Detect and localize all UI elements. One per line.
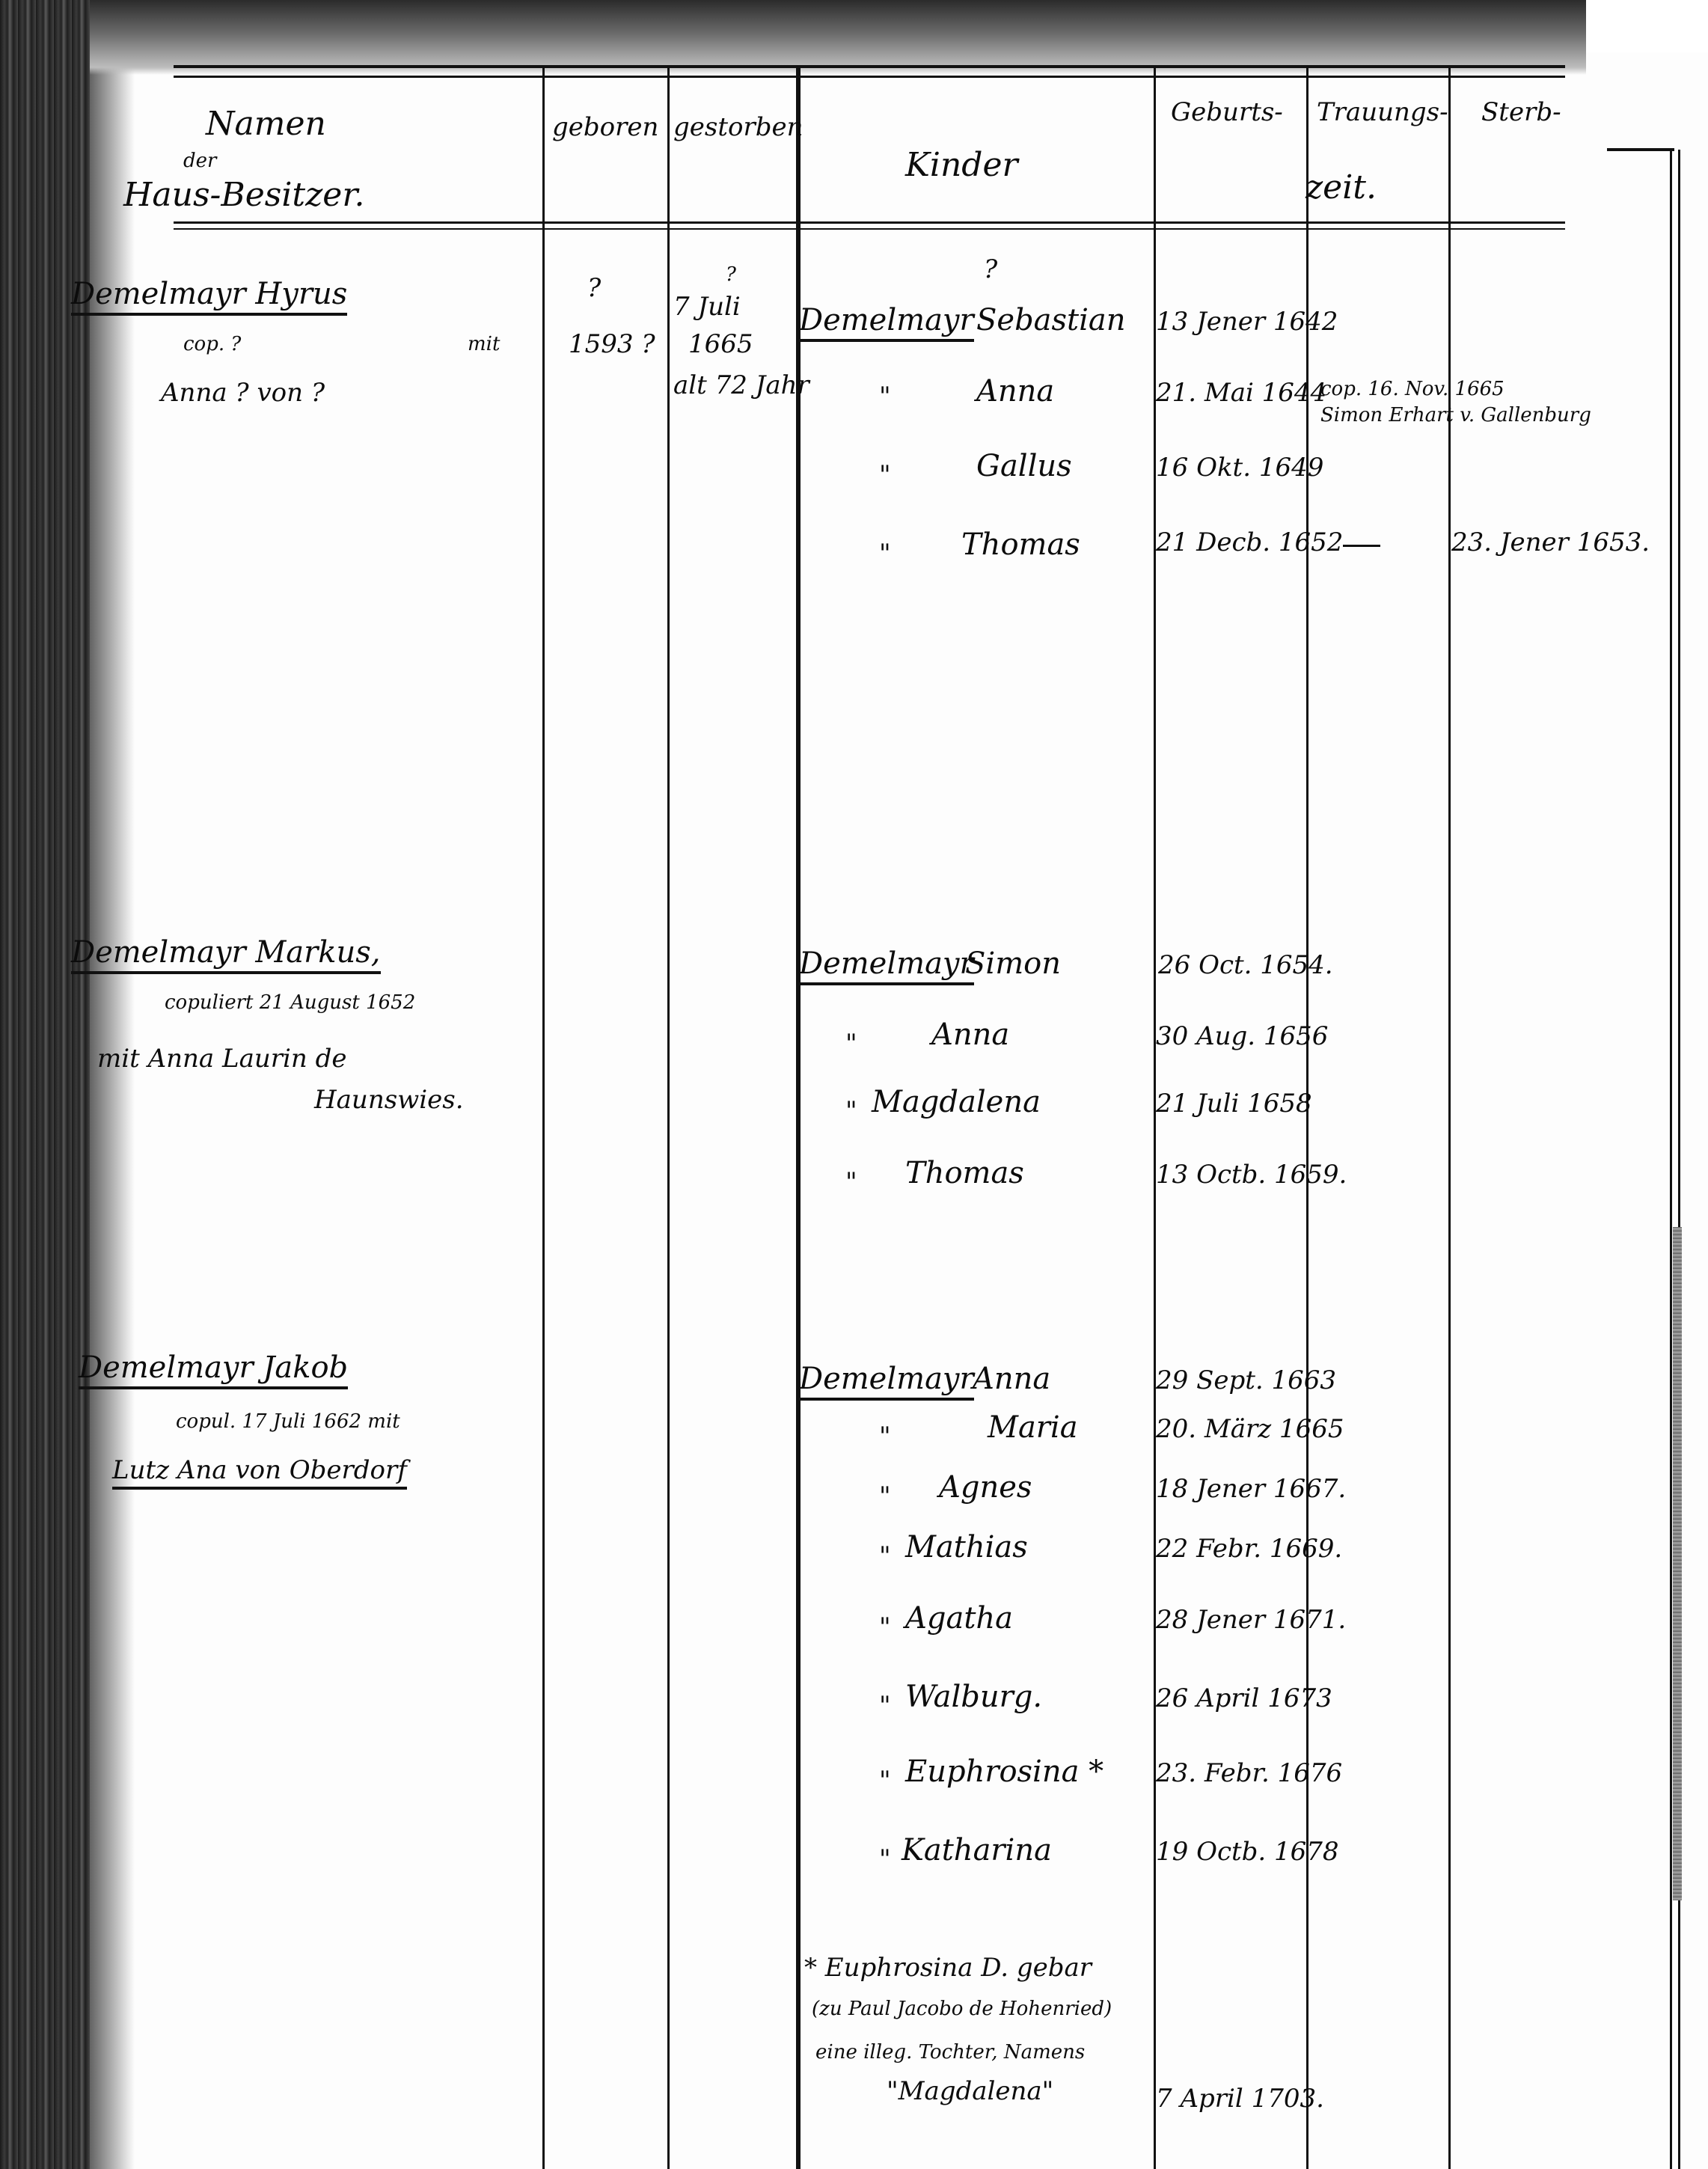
child-3-4-birth: 22 Febr. 1669. — [1156, 1534, 1342, 1564]
header-owners-line2: der — [183, 150, 216, 172]
footnote-line1: * Euphrosina D. gebar — [804, 1953, 1092, 1983]
child-3-1-prefix: Demelmayr — [799, 1362, 974, 1401]
child-3-5-name: Agatha — [905, 1601, 1013, 1636]
child-1-3-birth: 16 Okt. 1649 — [1156, 453, 1323, 483]
child-1-1-birth: 13 Jener 1642 — [1156, 307, 1338, 337]
child-2-2-birth: 30 Aug. 1656 — [1156, 1021, 1328, 1051]
child-2-2-ditto: " — [845, 1029, 857, 1059]
child-1-4-name: Thomas — [961, 527, 1080, 562]
register-page: Namen der Haus-Besitzer. geboren gestorb… — [0, 0, 1708, 2169]
child-3-3-birth: 18 Jener 1667. — [1156, 1474, 1346, 1504]
children-1-query: ? — [984, 254, 997, 284]
owner-3-wife: Lutz Ana von Oberdorf — [112, 1455, 407, 1490]
column-divider-born-died — [667, 66, 670, 2169]
child-1-4-marriage-dash — [1343, 545, 1380, 547]
top-double-rule — [174, 65, 1565, 78]
child-2-1-birth: 26 Oct. 1654. — [1158, 950, 1333, 980]
owner-1-died-query: ? — [726, 263, 736, 286]
child-1-1-prefix: Demelmayr — [799, 303, 974, 342]
child-3-2-ditto: " — [879, 1422, 891, 1451]
child-1-4-ditto: " — [879, 539, 891, 569]
owner-3-name: Demelmayr Jakob — [79, 1350, 348, 1389]
child-1-2-marriage: cop. 16. Nov. 1665 — [1320, 378, 1505, 400]
child-2-4-name: Thomas — [905, 1156, 1024, 1190]
child-3-2-birth: 20. März 1665 — [1156, 1414, 1344, 1444]
column-divider-owner-born — [542, 66, 545, 2169]
footnote-line2: (zu Paul Jacobo de Hohenried) — [812, 1998, 1112, 2020]
child-1-2-birth: 21. Mai 1644 — [1156, 378, 1326, 408]
owner-1-born: 1593 ? — [569, 329, 655, 359]
right-frame-top — [1607, 148, 1674, 151]
child-2-2-name: Anna — [931, 1018, 1009, 1052]
child-2-1-name: Simon — [965, 946, 1061, 981]
child-2-3-ditto: " — [845, 1096, 857, 1126]
child-2-1-prefix: Demelmayr — [799, 946, 974, 985]
header-birth: Geburts- — [1171, 97, 1283, 127]
child-3-3-ditto: " — [879, 1481, 891, 1511]
child-3-5-ditto: " — [879, 1612, 891, 1642]
owner-1-name: Demelmayr Hyrus — [71, 277, 347, 316]
child-3-1-birth: 29 Sept. 1663 — [1156, 1365, 1336, 1395]
book-binding — [0, 0, 90, 2169]
footnote-line3: eine illeg. Tochter, Namens — [815, 2041, 1085, 2064]
child-3-5-birth: 28 Jener 1671. — [1156, 1605, 1346, 1635]
child-3-6-ditto: " — [879, 1691, 891, 1721]
footnote-line4: "Magdalena" — [887, 2076, 1053, 2106]
owner-1-with: mit — [468, 333, 500, 355]
child-3-1-name: Anna — [973, 1362, 1050, 1396]
child-3-8-ditto: " — [879, 1844, 891, 1874]
header-born: geboren — [552, 112, 658, 142]
child-3-4-ditto: " — [879, 1541, 891, 1571]
child-1-3-name: Gallus — [976, 449, 1072, 483]
child-2-3-birth: 21 Juli 1658 — [1156, 1089, 1312, 1119]
owner-2-name: Demelmayr Markus, — [71, 935, 381, 974]
owner-2-wife-place: Haunswies. — [314, 1085, 464, 1115]
owner-2-marriage: copuliert 21 August 1652 — [165, 991, 415, 1014]
top-right-blank — [1586, 0, 1708, 52]
header-death: Sterb- — [1481, 97, 1561, 127]
child-1-4-birth: 21 Decb. 1652 — [1156, 527, 1343, 557]
owner-1-died-date: 7 Juli — [673, 292, 741, 322]
child-3-6-birth: 26 April 1673 — [1156, 1683, 1332, 1713]
owner-1-born-query: ? — [587, 273, 601, 303]
child-1-4-death: 23. Jener 1653. — [1451, 527, 1650, 557]
header-marriage: Trauungs- — [1317, 97, 1448, 127]
child-1-3-ditto: " — [879, 460, 891, 490]
child-2-4-birth: 13 Octb. 1659. — [1156, 1160, 1347, 1190]
right-edge-shadow — [1673, 1227, 1682, 1900]
child-2-3-name: Magdalena — [872, 1085, 1041, 1119]
top-shadow-band — [90, 0, 1586, 75]
header-died: gestorben — [673, 112, 804, 142]
header-children: Kinder — [905, 146, 1018, 184]
child-3-6-name: Walburg. — [905, 1680, 1042, 1714]
owner-1-marriage: cop. ? — [183, 333, 241, 355]
child-3-7-name: Euphrosina * — [905, 1755, 1104, 1789]
child-3-7-ditto: " — [879, 1766, 891, 1796]
child-3-7-birth: 23. Febr. 1676 — [1156, 1758, 1342, 1788]
owner-1-wife: Anna ? von ? — [161, 378, 325, 408]
owner-1-died-age: alt 72 Jahr — [673, 370, 809, 400]
owner-2-wife: mit Anna Laurin de — [97, 1044, 346, 1074]
binding-shadow — [90, 0, 135, 2169]
header-owners-line3: Haus-Besitzer. — [123, 176, 365, 214]
child-3-4-name: Mathias — [905, 1530, 1028, 1564]
child-1-2-marriage-note: Simon Erhart v. Gallenburg — [1320, 404, 1591, 426]
child-1-1-name: Sebastian — [976, 303, 1126, 337]
header-owners-line1: Namen — [206, 105, 326, 143]
child-3-8-birth: 19 Octb. 1678 — [1156, 1837, 1339, 1867]
owner-1-died-year: 1665 — [688, 329, 753, 359]
child-1-2-ditto: " — [879, 382, 891, 412]
owner-3-marriage: copul. 17 Juli 1662 mit — [176, 1410, 400, 1433]
child-2-4-ditto: " — [845, 1167, 857, 1197]
footnote-date: 7 April 1703. — [1156, 2084, 1324, 2114]
header-time: zeit. — [1306, 168, 1377, 207]
child-3-3-name: Agnes — [939, 1470, 1032, 1505]
child-1-2-name: Anna — [976, 374, 1054, 409]
child-3-2-name: Maria — [988, 1410, 1078, 1445]
child-3-8-name: Katharina — [902, 1833, 1052, 1867]
header-double-rule — [174, 221, 1565, 230]
